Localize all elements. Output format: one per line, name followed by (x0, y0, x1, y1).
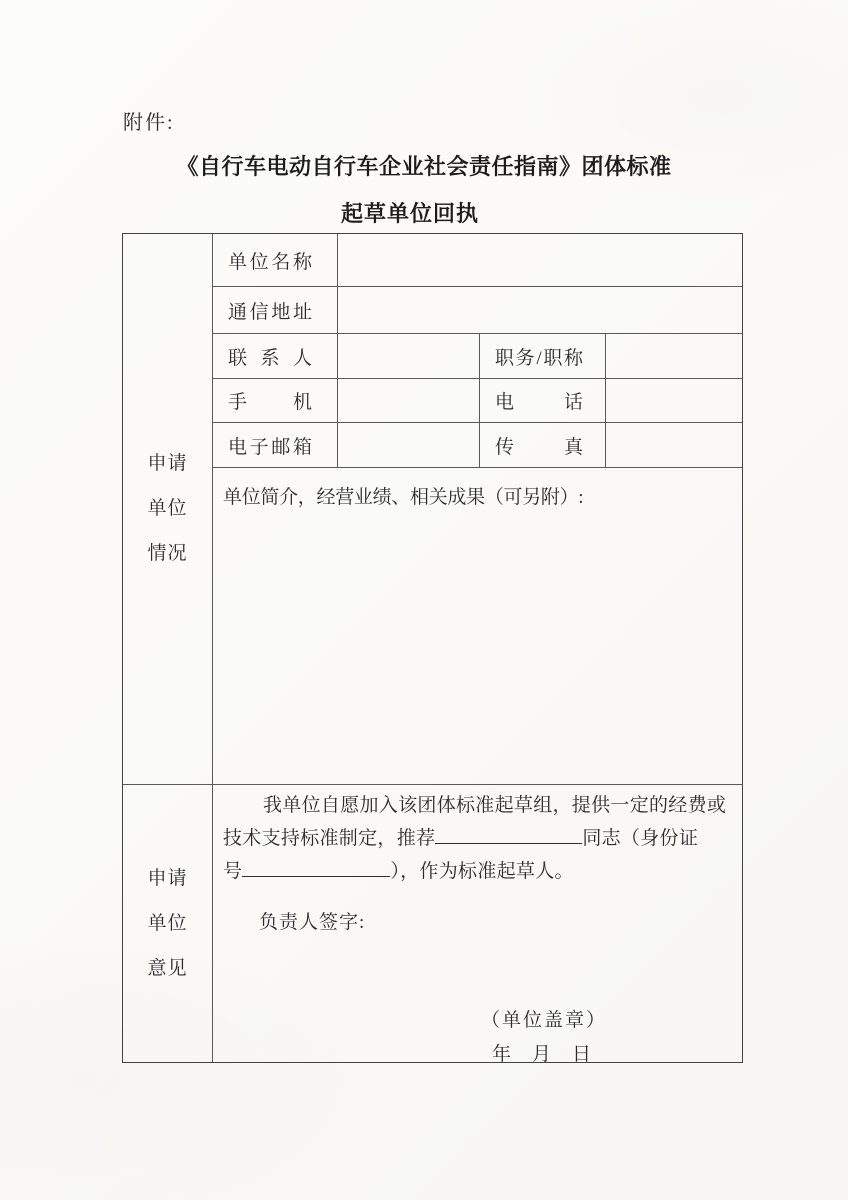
fax-value-cell (606, 423, 742, 467)
form-table: 申请 单位 情况 单位名称 通信地址 (122, 233, 743, 1063)
opinion-paragraph: 我单位自愿加入该团体标准起草组，提供一定的经费或 技术支持标准制定，推荐同志（身… (223, 789, 734, 888)
fax-label: 传真 (495, 432, 583, 459)
document-subtitle: 起草单位回执 (0, 197, 834, 228)
mailing-address-label: 通信地址 (228, 297, 312, 324)
row-header-line: 单位 (147, 914, 187, 934)
email-label: 电子邮箱 (228, 432, 312, 459)
blank-line-id-number (242, 860, 390, 877)
document-title: 《自行车电动自行车企业社会责任指南》团体标准 (0, 150, 848, 181)
table-row-mailing-address: 通信地址 (213, 287, 742, 334)
table-row-unit-intro: 单位简介，经营业绩、相关成果（可另附）: (213, 468, 742, 784)
row-header-line: 单位 (147, 499, 187, 519)
row-header-line: 申请 (147, 454, 187, 474)
unit-name-label-cell: 单位名称 (213, 234, 338, 286)
table-row-unit-name: 单位名称 (213, 234, 742, 287)
row-header-applicant-opinion: 申请 单位 意见 (123, 785, 213, 1062)
position-title-label: 职务/职称 (495, 343, 583, 370)
unit-intro-label: 单位简介，经营业绩、相关成果（可另附）: (223, 482, 583, 509)
section-applicant-info: 申请 单位 情况 单位名称 通信地址 (123, 234, 742, 784)
mailing-address-label-cell: 通信地址 (213, 287, 338, 333)
position-title-label-cell: 职务/职称 (480, 334, 606, 378)
telephone-value-cell (606, 379, 742, 422)
telephone-label: 电话 (495, 387, 583, 414)
table-row-email-fax: 电子邮箱 传真 (213, 423, 742, 468)
row-header-applicant-info: 申请 单位 情况 (123, 234, 213, 784)
opinion-line-3: 号），作为标准起草人。 (223, 855, 734, 888)
applicant-info-body: 单位名称 通信地址 联系人 职务/职称 (213, 234, 742, 784)
unit-name-label: 单位名称 (228, 247, 312, 274)
telephone-label-cell: 电话 (480, 379, 606, 422)
applicant-opinion-body: 我单位自愿加入该团体标准起草组，提供一定的经费或 技术支持标准制定，推荐同志（身… (213, 785, 742, 1062)
mobile-label: 手机 (228, 387, 312, 414)
fax-label-cell: 传真 (480, 423, 606, 467)
unit-name-value-cell (338, 234, 742, 286)
date-label: 年 月 日 (492, 1039, 592, 1066)
mailing-address-value-cell (338, 287, 742, 333)
opinion-line-2: 技术支持标准制定，推荐同志（身份证 (223, 822, 734, 855)
opinion-line-3-text: ），作为标准起草人。 (390, 861, 574, 882)
table-row-contact-person: 联系人 职务/职称 (213, 334, 742, 379)
row-header-line: 情况 (147, 544, 187, 564)
row-header-line: 意见 (147, 959, 187, 979)
scanned-form-page: 附件: 《自行车电动自行车企业社会责任指南》团体标准 起草单位回执 申请 单位 … (0, 0, 848, 1200)
email-label-cell: 电子邮箱 (213, 423, 338, 467)
mobile-value-cell (338, 379, 480, 422)
position-title-value-cell (606, 334, 742, 378)
unit-seal-label: （单位盖章） (481, 1005, 607, 1032)
mobile-label-cell: 手机 (213, 379, 338, 422)
opinion-line-2-text: 技术支持标准制定，推荐 (223, 828, 435, 849)
opinion-line-3-text: 号 (223, 861, 242, 882)
attachment-label: 附件: (123, 106, 175, 135)
row-header-line: 申请 (147, 869, 187, 889)
contact-person-label: 联系人 (228, 343, 312, 370)
email-value-cell (338, 423, 480, 467)
contact-person-label-cell: 联系人 (213, 334, 338, 378)
contact-person-value-cell (338, 334, 480, 378)
table-row-mobile-phone: 手机 电话 (213, 379, 742, 423)
signature-label: 负责人签字: (259, 907, 365, 934)
opinion-line-2-text: 同志（身份证 (582, 828, 698, 849)
blank-line-recommended-name (435, 827, 582, 844)
section-applicant-opinion: 申请 单位 意见 我单位自愿加入该团体标准起草组，提供一定的经费或 技术支持标准… (123, 784, 742, 1062)
opinion-line-1: 我单位自愿加入该团体标准起草组，提供一定的经费或 (223, 789, 734, 822)
